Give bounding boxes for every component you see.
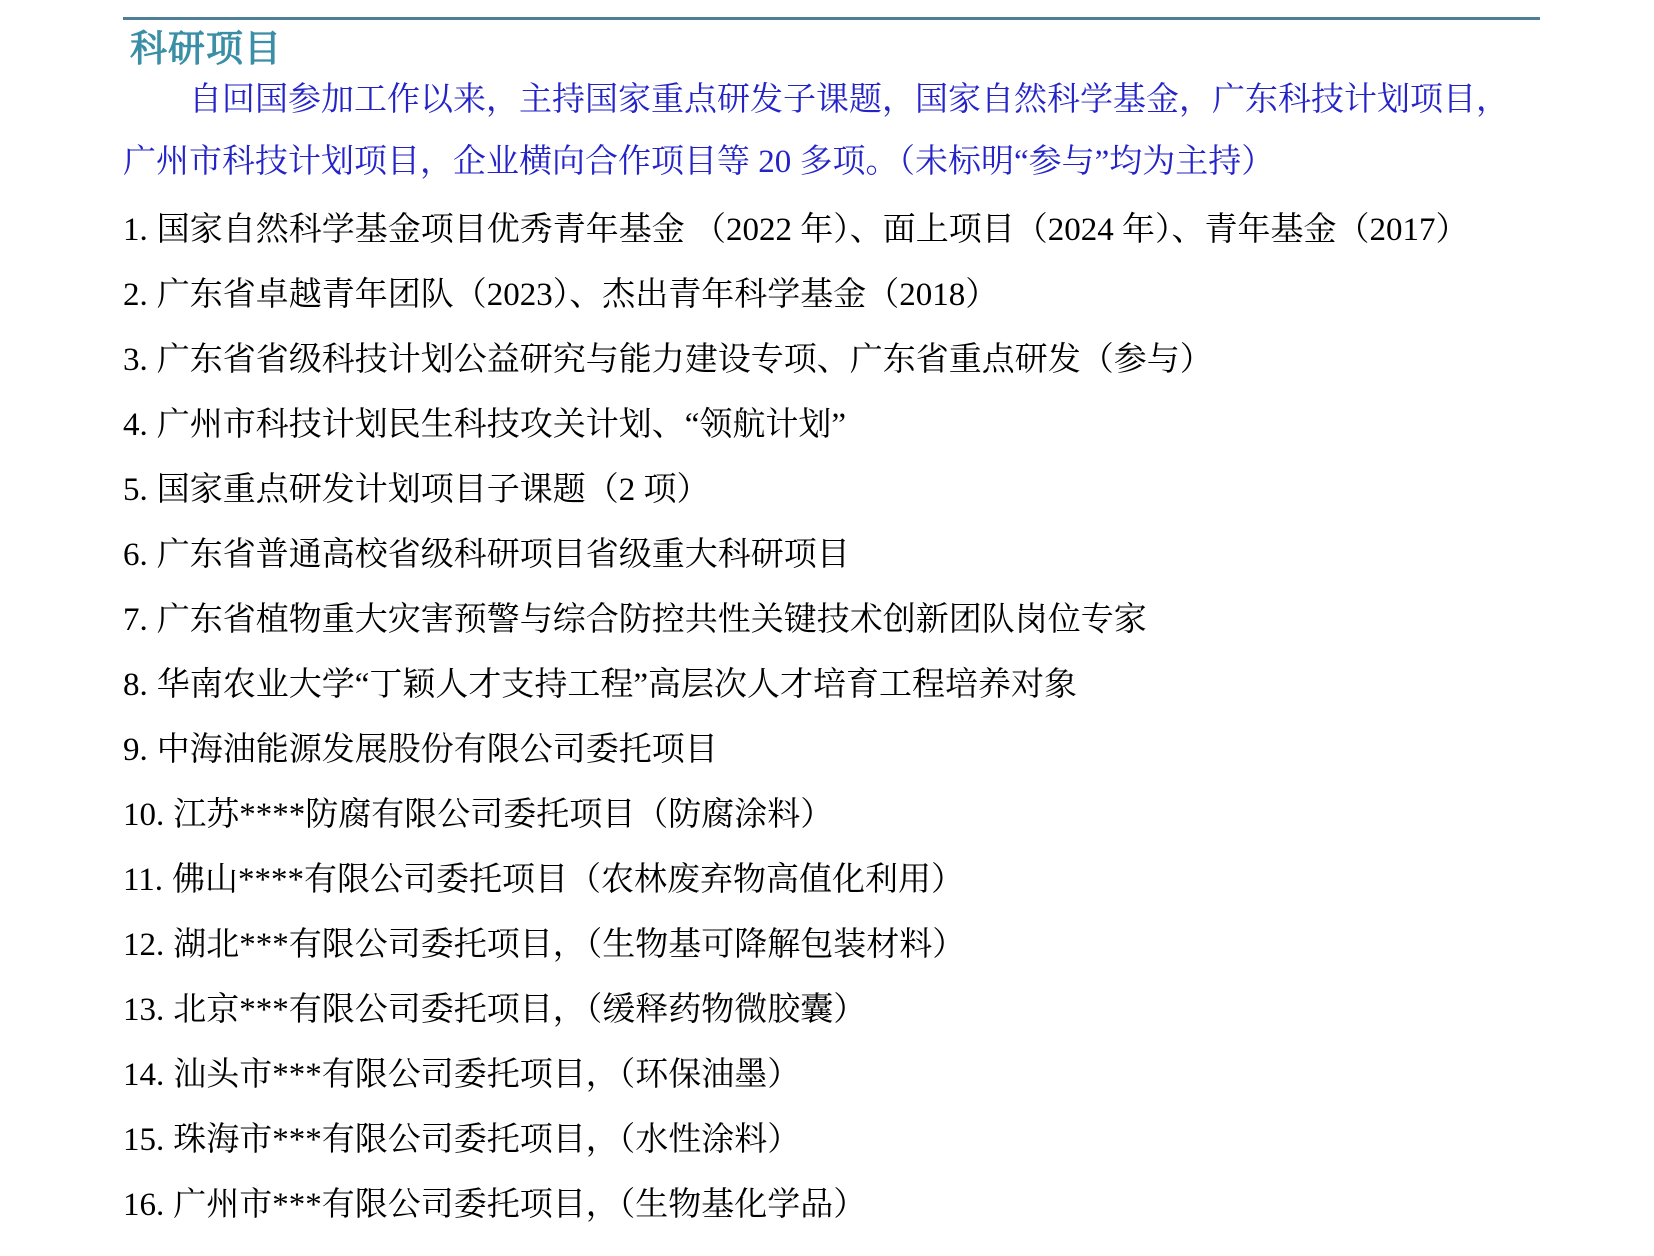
- project-text: 广州市科技计划民生科技攻关计划、“领航计划”: [157, 407, 846, 443]
- project-text: 华南农业大学“丁颖人才支持工程”高层次人才培育工程培养对象: [157, 667, 1077, 703]
- project-number: 1.: [123, 198, 148, 263]
- project-item-6: 6.广东省普通高校省级科研项目省级重大科研项目: [123, 523, 1583, 588]
- project-item-12: 12.湖北***有限公司委托项目，（生物基可降解包装材料）: [123, 913, 1583, 978]
- project-list: 1.国家自然科学基金项目优秀青年基金 （2022 年）、面上项目（2024 年）…: [123, 198, 1583, 1238]
- project-text: 广州市***有限公司委托项目，（生物基化学品）: [173, 1187, 866, 1223]
- project-item-16: 16.广州市***有限公司委托项目，（生物基化学品）: [123, 1173, 1583, 1238]
- project-number: 10.: [123, 783, 164, 848]
- project-number: 3.: [123, 328, 148, 393]
- project-text: 广东省植物重大灾害预警与综合防控共性关键技术创新团队岗位专家: [157, 602, 1147, 638]
- project-number: 15.: [123, 1108, 164, 1173]
- project-item-1: 1.国家自然科学基金项目优秀青年基金 （2022 年）、面上项目（2024 年）…: [123, 198, 1583, 263]
- intro-line-2: 广州市科技计划项目，企业横向合作项目等 20 多项。（未标明“参与”均为主持）: [123, 131, 1548, 193]
- project-number: 12.: [123, 913, 164, 978]
- project-number: 11.: [123, 848, 163, 913]
- section-divider-line: [123, 17, 1540, 20]
- project-text: 汕头市***有限公司委托项目，（环保油墨）: [173, 1057, 800, 1093]
- intro-paragraph: 自回国参加工作以来，主持国家重点研发子课题，国家自然科学基金，广东科技计划项目，…: [123, 69, 1548, 193]
- project-item-7: 7.广东省植物重大灾害预警与综合防控共性关键技术创新团队岗位专家: [123, 588, 1583, 653]
- project-item-14: 14.汕头市***有限公司委托项目，（环保油墨）: [123, 1043, 1583, 1108]
- project-text: 国家重点研发计划项目子课题（2 项）: [157, 472, 710, 508]
- project-text: 广东省省级科技计划公益研究与能力建设专项、广东省重点研发（参与）: [157, 342, 1213, 378]
- project-item-15: 15.珠海市***有限公司委托项目，（水性涂料）: [123, 1108, 1583, 1173]
- project-number: 16.: [123, 1173, 164, 1238]
- project-number: 14.: [123, 1043, 164, 1108]
- project-number: 9.: [123, 718, 148, 783]
- project-number: 7.: [123, 588, 148, 653]
- document-page: 科研项目 自回国参加工作以来，主持国家重点研发子课题，国家自然科学基金，广东科技…: [0, 0, 1654, 1256]
- project-text: 中海油能源发展股份有限公司委托项目: [157, 732, 718, 768]
- project-item-5: 5.国家重点研发计划项目子课题（2 项）: [123, 458, 1583, 523]
- project-text: 北京***有限公司委托项目，（缓释药物微胶囊）: [173, 992, 866, 1028]
- project-item-8: 8.华南农业大学“丁颖人才支持工程”高层次人才培育工程培养对象: [123, 653, 1583, 718]
- intro-line-1: 自回国参加工作以来，主持国家重点研发子课题，国家自然科学基金，广东科技计划项目，: [123, 69, 1548, 131]
- project-number: 13.: [123, 978, 164, 1043]
- section-title: 科研项目: [130, 28, 282, 70]
- project-text: 珠海市***有限公司委托项目，（水性涂料）: [173, 1122, 800, 1158]
- project-item-13: 13.北京***有限公司委托项目，（缓释药物微胶囊）: [123, 978, 1583, 1043]
- project-text: 湖北***有限公司委托项目，（生物基可降解包装材料）: [173, 927, 965, 963]
- project-number: 2.: [123, 263, 148, 328]
- project-item-10: 10.江苏****防腐有限公司委托项目（防腐涂料）: [123, 783, 1583, 848]
- project-item-3: 3.广东省省级科技计划公益研究与能力建设专项、广东省重点研发（参与）: [123, 328, 1583, 393]
- project-text: 国家自然科学基金项目优秀青年基金 （2022 年）、面上项目（2024 年）、青…: [157, 212, 1469, 248]
- project-number: 6.: [123, 523, 148, 588]
- project-number: 4.: [123, 393, 148, 458]
- project-text: 广东省卓越青年团队（2023）、杰出青年科学基金（2018）: [157, 277, 999, 313]
- project-item-11: 11.佛山****有限公司委托项目（农林废弃物高值化利用）: [123, 848, 1583, 913]
- project-item-9: 9.中海油能源发展股份有限公司委托项目: [123, 718, 1583, 783]
- project-number: 8.: [123, 653, 148, 718]
- project-item-2: 2.广东省卓越青年团队（2023）、杰出青年科学基金（2018）: [123, 263, 1583, 328]
- project-item-4: 4.广州市科技计划民生科技攻关计划、“领航计划”: [123, 393, 1583, 458]
- project-number: 5.: [123, 458, 148, 523]
- project-text: 广东省普通高校省级科研项目省级重大科研项目: [157, 537, 850, 573]
- project-text: 佛山****有限公司委托项目（农林废弃物高值化利用）: [172, 862, 964, 898]
- project-text: 江苏****防腐有限公司委托项目（防腐涂料）: [173, 797, 833, 833]
